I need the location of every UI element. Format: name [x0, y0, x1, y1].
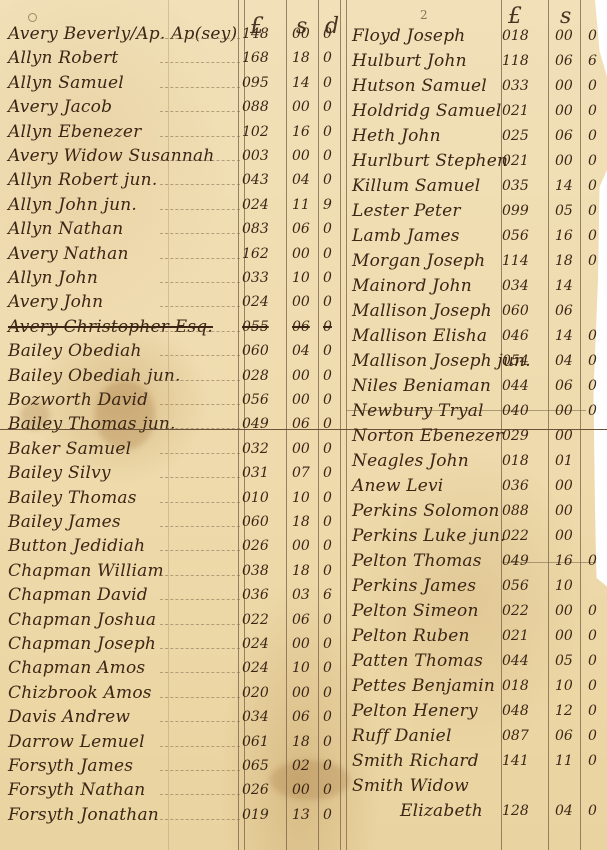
pounds-amount: 022 [502, 603, 529, 619]
pounds-amount: 056 [502, 578, 529, 594]
taxpayer-name: Pelton Thomas [352, 551, 482, 571]
shillings-amount: 14 [555, 328, 573, 344]
ledger-row: Smith Richard141110 [0, 751, 607, 779]
taxpayer-name: Perkins James [352, 576, 476, 596]
pounds-amount: 099 [502, 203, 529, 219]
pence-amount: 0 [588, 103, 597, 119]
taxpayer-name: Pettes Benjamin [352, 676, 495, 696]
taxpayer-name: Neagles John [352, 451, 469, 471]
taxpayer-name: Pelton Ruben [352, 626, 470, 646]
shillings-amount: 10 [555, 578, 573, 594]
pence-amount: 0 [588, 403, 597, 419]
shillings-amount: 00 [555, 78, 573, 94]
pounds-amount: 040 [502, 403, 529, 419]
taxpayer-name: Patten Thomas [352, 651, 483, 671]
pence-amount: 0 [588, 253, 597, 269]
pounds-amount: 048 [502, 703, 529, 719]
pounds-amount: 044 [502, 378, 529, 394]
shillings-amount: 06 [555, 128, 573, 144]
ledger-row: Morgan Joseph114180 [0, 251, 607, 279]
pounds-amount: 044 [502, 653, 529, 669]
pence-amount: 0 [588, 378, 597, 394]
ledger-row: Neagles John01801 [0, 451, 607, 479]
shillings-amount: 00 [555, 628, 573, 644]
taxpayer-name: Newbury Tryal [352, 401, 484, 421]
shillings-amount: 00 [555, 428, 573, 444]
shillings-amount: 11 [555, 753, 573, 769]
pence-amount: 0 [588, 703, 597, 719]
shillings-amount: 14 [555, 178, 573, 194]
shillings-amount: 12 [555, 703, 573, 719]
shillings-amount: 04 [555, 353, 573, 369]
ledger-row: Norton Ebenezer02900 [0, 426, 607, 454]
ledger-row: Lamb James056160 [0, 226, 607, 254]
pence-amount: 0 [588, 603, 597, 619]
shillings-amount: 00 [555, 528, 573, 544]
pounds-amount: 021 [502, 153, 529, 169]
taxpayer-name: Smith Widow [352, 776, 469, 796]
pounds-amount: 056 [502, 228, 529, 244]
pounds-amount: 025 [502, 128, 529, 144]
shillings-amount: 00 [555, 103, 573, 119]
taxpayer-name: Holdridg Samuel [352, 101, 501, 121]
shillings-amount: 05 [555, 203, 573, 219]
taxpayer-name: Pelton Henery [352, 701, 478, 721]
pence-amount: 0 [588, 628, 597, 644]
taxpayer-name: Floyd Joseph [352, 26, 465, 46]
pence-amount: 0 [588, 228, 597, 244]
taxpayer-name: Mallison Joseph [352, 301, 492, 321]
ledger-row: Floyd Joseph018000 [0, 26, 607, 54]
taxpayer-name: Ruff Daniel [352, 726, 452, 746]
pounds-amount: 128 [502, 803, 529, 819]
pounds-amount: 118 [502, 53, 529, 69]
taxpayer-name: Norton Ebenezer [352, 426, 503, 446]
shillings-amount: 06 [555, 53, 573, 69]
ledger-row: Heth John025060 [0, 126, 607, 154]
circle-mark-icon [28, 13, 37, 22]
taxpayer-name: Lamb James [352, 226, 460, 246]
pounds-amount: 018 [502, 678, 529, 694]
shillings-amount: 00 [555, 403, 573, 419]
ledger-row: Pelton Thomas049160 [0, 551, 607, 579]
taxpayer-name: Heth John [352, 126, 441, 146]
pence-amount: 6 [588, 53, 597, 69]
ledger-row: Pelton Ruben021000 [0, 626, 607, 654]
taxpayer-name: Killum Samuel [352, 176, 480, 196]
ledger-row: Elizabeth128040 [0, 801, 607, 829]
ledger-row: Pelton Henery048120 [0, 701, 607, 729]
taxpayer-name: Mainord John [352, 276, 472, 296]
pence-amount: 0 [588, 653, 597, 669]
pounds-amount: 035 [502, 178, 529, 194]
pounds-amount: 087 [502, 728, 529, 744]
ledger-row: Pettes Benjamin018100 [0, 676, 607, 704]
page-number: 2 [420, 8, 428, 22]
shillings-amount: 05 [555, 653, 573, 669]
pence-amount: 0 [588, 728, 597, 744]
shillings-amount: 10 [555, 678, 573, 694]
ledger-row: Perkins James05610 [0, 576, 607, 604]
taxpayer-name: Smith Richard [352, 751, 479, 771]
shillings-amount: 01 [555, 453, 573, 469]
taxpayer-name: Elizabeth [400, 801, 483, 821]
pence-amount: 0 [588, 153, 597, 169]
ledger-row: Perkins Luke jun.02200 [0, 526, 607, 554]
pounds-amount: 021 [502, 103, 529, 119]
pounds-amount: 141 [502, 753, 529, 769]
ledger-row: Killum Samuel035140 [0, 176, 607, 204]
pence-amount: 0 [588, 753, 597, 769]
taxpayer-name: Hutson Samuel [352, 76, 487, 96]
pounds-amount: 046 [502, 328, 529, 344]
shillings-amount: 00 [555, 153, 573, 169]
ledger-row: Holdridg Samuel021000 [0, 101, 607, 129]
pounds-amount: 018 [502, 453, 529, 469]
taxpayer-name: Perkins Luke jun. [352, 526, 506, 546]
pence-amount: 0 [588, 203, 597, 219]
pounds-amount: 022 [502, 528, 529, 544]
ledger-row: Anew Levi03600 [0, 476, 607, 504]
pence-amount: 0 [588, 328, 597, 344]
pence-amount: 0 [588, 178, 597, 194]
shillings-amount: 00 [555, 478, 573, 494]
pounds-amount: 021 [502, 628, 529, 644]
shillings-amount: 14 [555, 278, 573, 294]
shillings-amount: 18 [555, 253, 573, 269]
taxpayer-name: Mallison Elisha [352, 326, 487, 346]
ledger-row: Mallison Joseph06006 [0, 301, 607, 329]
pounds-amount: 018 [502, 28, 529, 44]
ledger-row: Hulburt John118066 [0, 51, 607, 79]
pence-amount: 0 [588, 678, 597, 694]
shillings-amount: 06 [555, 728, 573, 744]
ledger-row: Lester Peter099050 [0, 201, 607, 229]
ledger-row: Hutson Samuel033000 [0, 76, 607, 104]
shillings-amount: 06 [555, 378, 573, 394]
shillings-amount: 00 [555, 28, 573, 44]
ledger-row: Patten Thomas044050 [0, 651, 607, 679]
pence-amount: 0 [588, 78, 597, 94]
shillings-amount: 00 [555, 603, 573, 619]
taxpayer-name: Lester Peter [352, 201, 461, 221]
shillings-amount: 00 [555, 503, 573, 519]
taxpayer-name: Hulburt John [352, 51, 467, 71]
pounds-amount: 088 [502, 503, 529, 519]
shillings-amount: 16 [555, 228, 573, 244]
pence-amount: 0 [588, 803, 597, 819]
shillings-amount: 04 [555, 803, 573, 819]
taxpayer-name: Morgan Joseph [352, 251, 485, 271]
ledger-row: Niles Beniaman044060 [0, 376, 607, 404]
pounds-amount: 054 [502, 353, 529, 369]
pence-amount: 0 [588, 353, 597, 369]
shillings-amount: 06 [555, 303, 573, 319]
taxpayer-name: Perkins Solomon [352, 501, 500, 521]
ledger-row: Smith Widow [0, 776, 607, 804]
ledger-row: Perkins Solomon08800 [0, 501, 607, 529]
pounds-amount: 033 [502, 78, 529, 94]
pence-amount: 0 [588, 128, 597, 144]
pence-amount: 0 [588, 553, 597, 569]
taxpayer-name: Hurlburt Stephen [352, 151, 508, 171]
taxpayer-name: Pelton Simeon [352, 601, 479, 621]
ledger-row: Mainord John03414 [0, 276, 607, 304]
taxpayer-name: Niles Beniaman [352, 376, 491, 396]
document-page: 2 £ s d £ s Avery Beverly/Ap. Ap(sey)148… [0, 0, 607, 850]
pounds-amount: 034 [502, 278, 529, 294]
pounds-amount: 060 [502, 303, 529, 319]
ledger-row: Hurlburt Stephen021000 [0, 151, 607, 179]
ledger-row: Mallison Elisha046140 [0, 326, 607, 354]
ledger-row: Pelton Simeon022000 [0, 601, 607, 629]
pounds-amount: 036 [502, 478, 529, 494]
pounds-amount: 029 [502, 428, 529, 444]
shillings-amount: 16 [555, 553, 573, 569]
ledger-row: Ruff Daniel087060 [0, 726, 607, 754]
taxpayer-name: Anew Levi [352, 476, 443, 496]
ledger-row: Mallison Joseph jun.054040 [0, 351, 607, 379]
pence-amount: 0 [588, 28, 597, 44]
pounds-amount: 049 [502, 553, 529, 569]
pounds-amount: 114 [502, 253, 529, 269]
